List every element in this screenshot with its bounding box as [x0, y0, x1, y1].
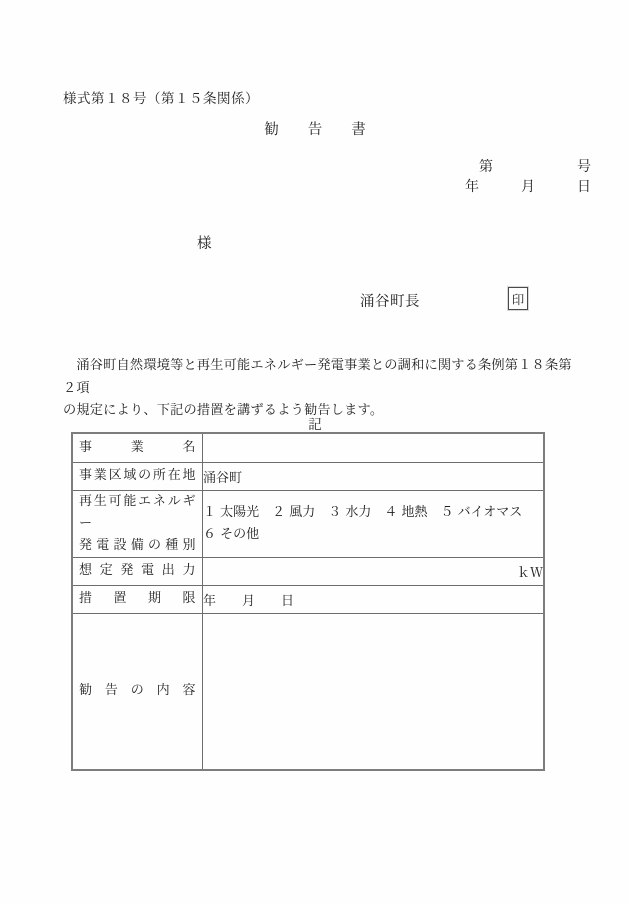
label-recommendation-content: 勧告の内容	[73, 680, 202, 702]
value-output-unit: ｋＷ	[203, 557, 545, 585]
value-deadline-date: 年 月 日	[203, 585, 545, 613]
table-row-deadline: 措置期限 年 月 日	[72, 585, 544, 613]
section-mark-ki: 記	[0, 413, 630, 433]
form-number: 様式第１８号（第１５条関係）	[63, 87, 259, 107]
value-equipment-options-line2: ６ その他	[203, 524, 543, 546]
table-row-output: 想定発電出力 ｋＷ	[72, 557, 544, 585]
document-number: 第 号	[465, 158, 591, 178]
label-equipment-type-line2: 発電設備の種別	[73, 535, 202, 557]
label-business-name: 事業名	[73, 437, 202, 459]
table-row-equipment-type: 再生可能エネルギー 発電設備の種別 １ 太陽光 ２ 風力 ３ 水力 ４ 地熱 ５…	[72, 490, 544, 557]
label-output: 想定発電出力	[73, 560, 202, 582]
label-deadline: 措置期限	[73, 588, 202, 610]
table-row-recommendation-content: 勧告の内容	[72, 613, 544, 770]
body-line-1: 涌谷町自然環境等と再生可能エネルギー発電事業との調和に関する条例第１８条第２項	[63, 355, 575, 400]
addressee-honorific: 様	[197, 232, 212, 253]
document-page: 様式第１８号（第１５条関係） 勧 告 書 第 号 年 月 日 様 涌谷町長 印 …	[0, 0, 630, 903]
table-row-location: 事業区域の所在地 涌谷町	[72, 462, 544, 490]
issuer-title: 涌谷町長	[360, 290, 420, 311]
value-equipment-options-line1: １ 太陽光 ２ 風力 ３ 水力 ４ 地熱 ５ バイオマス	[203, 502, 543, 524]
number-date-block: 第 号 年 月 日	[465, 158, 591, 197]
label-equipment-type-line1: 再生可能エネルギー	[73, 491, 202, 535]
table-row-business-name: 事業名	[72, 433, 544, 462]
recommendation-table: 事業名 事業区域の所在地 涌谷町 再生可能エネルギー 発電設備の種別 １ 太陽光…	[71, 432, 545, 771]
document-date: 年 月 日	[465, 178, 591, 198]
value-business-name	[203, 433, 545, 462]
seal-box: 印	[508, 287, 528, 310]
value-recommendation-content	[203, 613, 545, 770]
seal-mark: 印	[512, 290, 525, 308]
label-location: 事業区域の所在地	[73, 465, 202, 487]
document-title: 勧 告 書	[0, 118, 630, 139]
value-location: 涌谷町	[203, 462, 545, 490]
